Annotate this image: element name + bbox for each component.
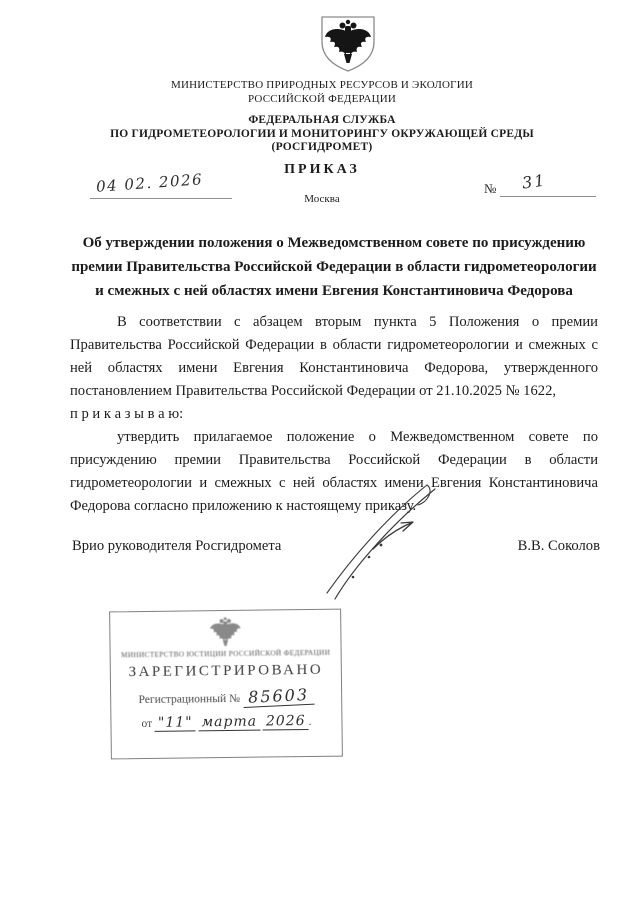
stamp-registered-label: ЗАРЕГИСТРИРОВАНО — [111, 662, 341, 682]
signer-role: Врио руководителя Росгидромета — [72, 538, 281, 555]
handwritten-number: 31 — [520, 170, 547, 192]
service-name: ФЕДЕРАЛЬНАЯ СЛУЖБА ПО ГИДРОМЕТЕОРОЛОГИИ … — [40, 114, 604, 155]
ministry-line2: РОССИЙСКОЙ ФЕДЕРАЦИИ — [40, 93, 604, 107]
service-line3: (РОСГИДРОМЕТ) — [40, 141, 604, 155]
stamp-date-month-handwritten: марта — [198, 714, 260, 732]
stamp-date-period: . — [309, 716, 312, 728]
document-page: МИНИСТЕРСТВО ПРИРОДНЫХ РЕСУРСОВ И ЭКОЛОГ… — [0, 0, 640, 905]
signature-row: Врио руководителя Росгидромета В.В. Соко… — [72, 538, 600, 555]
coat-of-arms-icon — [317, 15, 379, 75]
registration-stamp: МИНИСТЕРСТВО ЮСТИЦИИ РОССИЙСКОЙ ФЕДЕРАЦИ… — [109, 609, 343, 760]
stamp-authority: МИНИСТЕРСТВО ЮСТИЦИИ РОССИЙСКОЙ ФЕДЕРАЦИ… — [106, 649, 345, 660]
stamp-date-from: от — [141, 718, 152, 730]
ministry-name: МИНИСТЕРСТВО ПРИРОДНЫХ РЕСУРСОВ И ЭКОЛОГ… — [40, 79, 604, 106]
number-sign: № — [484, 181, 496, 196]
stamp-reg-number-handwritten: 85603 — [242, 685, 314, 708]
signer-name: В.В. Соколов — [518, 538, 600, 555]
stamp-reg-label: Регистрационный № — [138, 693, 240, 706]
number-line: 31 — [500, 176, 596, 197]
stamp-registration-number-line: Регистрационный № 85603 — [111, 686, 341, 709]
stamp-date-line: от "11" марта 2026. — [111, 713, 341, 733]
service-line2: ПО ГИДРОМЕТЕОРОЛОГИИ И МОНИТОРИНГУ ОКРУЖ… — [40, 128, 604, 142]
stamp-date-year-handwritten: 2026 — [263, 713, 309, 731]
number-field: № 31 — [484, 176, 596, 197]
order-title: Об утверждении положения о Межведомствен… — [70, 231, 598, 303]
stamp-eagle-icon — [110, 615, 340, 650]
handwritten-date: 04 02. 2026 — [96, 170, 204, 195]
service-line1: ФЕДЕРАЛЬНАЯ СЛУЖБА — [40, 114, 604, 128]
body-paragraph-1: В соответствии с абзацем вторым пункта 5… — [70, 311, 598, 403]
ministry-line1: МИНИСТЕРСТВО ПРИРОДНЫХ РЕСУРСОВ И ЭКОЛОГ… — [40, 79, 604, 93]
body-command: п р и к а з ы в а ю: — [70, 403, 598, 426]
stamp-date-day-handwritten: "11" — [155, 714, 196, 731]
